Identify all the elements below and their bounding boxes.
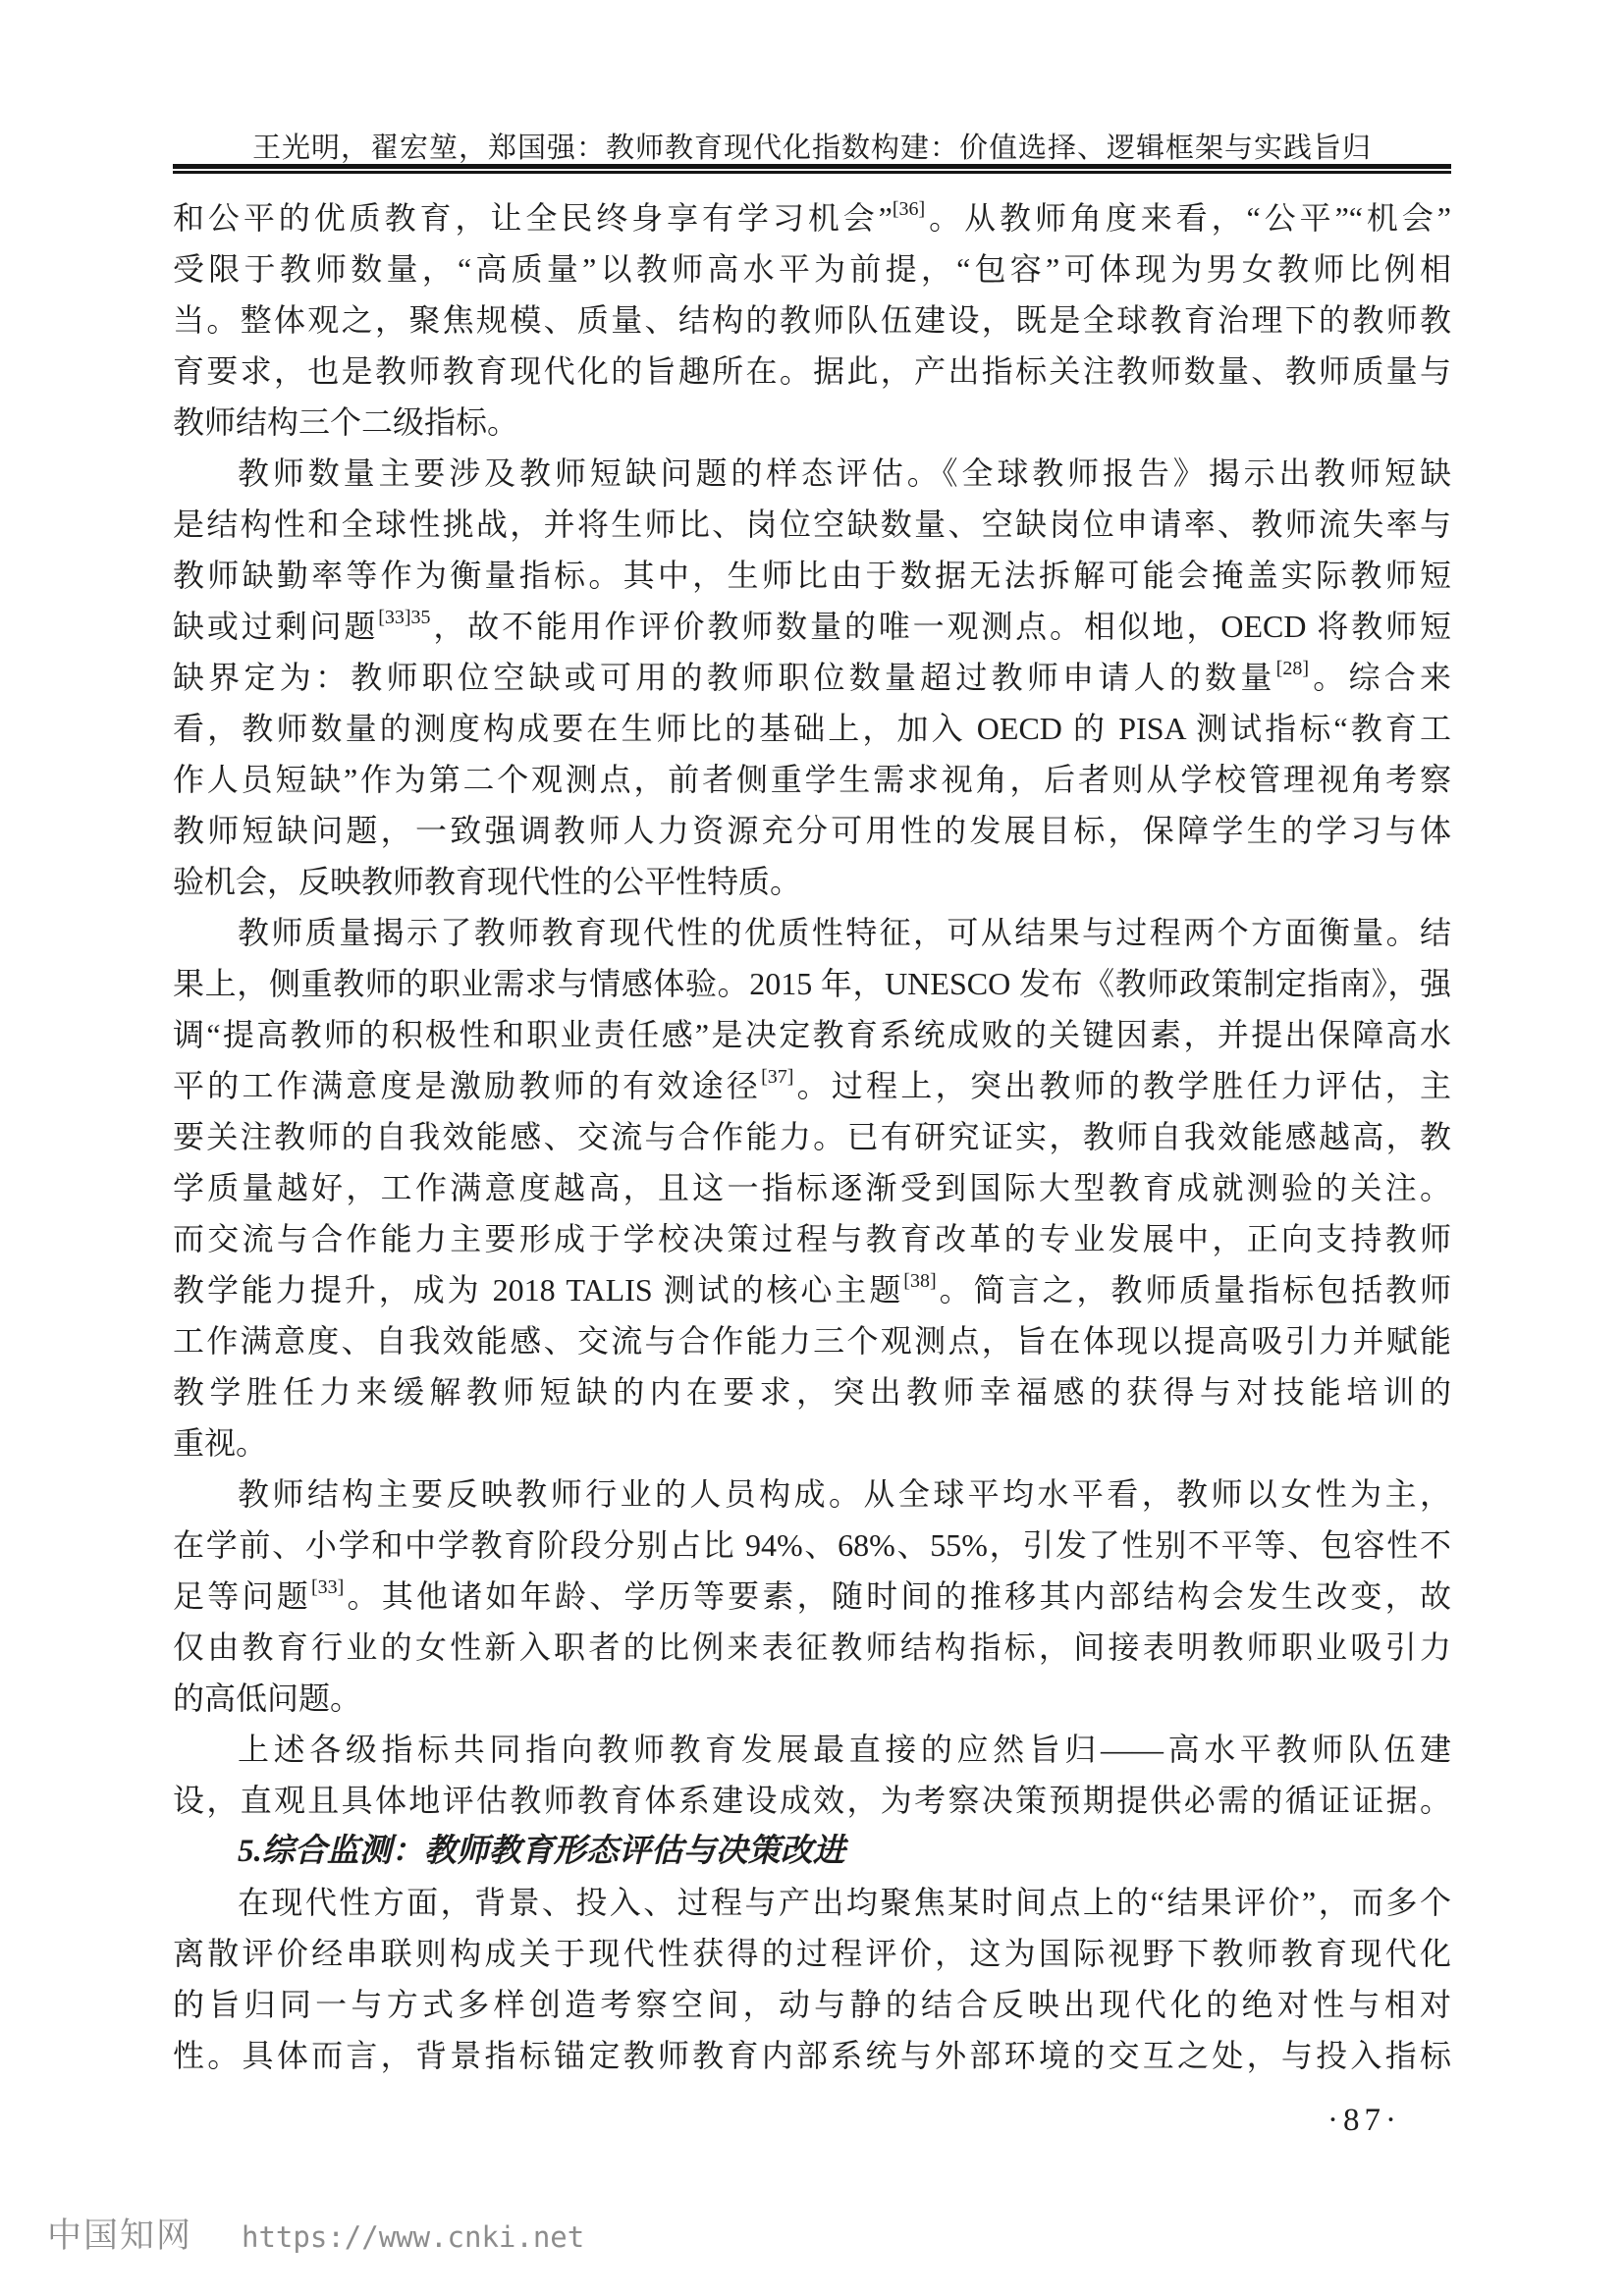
text-line: 教师数量主要涉及教师短缺问题的样态评估。《全球教师报告》揭示出教师短缺 <box>173 448 1451 499</box>
text-line: 5.综合监测：教师教育形态评估与决策改进 <box>173 1826 1451 1877</box>
paragraph: 在现代性方面，背景、投入、过程与产出均聚焦某时间点上的“结果评价”，而多个离散评… <box>173 1877 1451 2081</box>
running-header-title: 王光明，翟宏堃，郑国强：教师教育现代化指数构建：价值选择、逻辑框架与实践旨归 <box>173 126 1451 166</box>
text-line: 教师结构三个二级指标。 <box>173 397 1451 448</box>
article-body: 和公平的优质教育，让全民终身享有学习机会”[36]。从教师角度来看，“公平”“机… <box>173 192 1451 2081</box>
section-heading: 5.综合监测：教师教育形态评估与决策改进 <box>173 1826 1451 1877</box>
paragraph: 教师数量主要涉及教师短缺问题的样态评估。《全球教师报告》揭示出教师短缺是结构性和… <box>173 448 1451 907</box>
watermark-site-name: 中国知网 <box>47 2209 192 2258</box>
text-line: 离散评价经串联则构成关于现代性获得的过程评价，这为国际视野下教师教育现代化 <box>173 1928 1451 1979</box>
text-line: 设，直观且具体地评估教师教育体系建设成效，为考察决策预期提供必需的循证证据。 <box>173 1775 1451 1826</box>
text-line: 教师缺勤率等作为衡量指标。其中，生师比由于数据无法拆解可能会掩盖实际教师短 <box>173 550 1451 601</box>
text-line: 教师结构主要反映教师行业的人员构成。从全球平均水平看，教师以女性为主， <box>173 1468 1451 1520</box>
citation-reference: [28] <box>1276 658 1309 679</box>
text-line: 要关注教师的自我效能感、交流与合作能力。已有研究证实，教师自我效能感越高，教 <box>173 1111 1451 1162</box>
watermark-site-url: https://www.cnki.net <box>242 2220 584 2254</box>
text-line: 育要求，也是教师教育现代化的旨趣所在。据此，产出指标关注教师数量、教师质量与 <box>173 346 1451 397</box>
text-line: 教学能力提升，成为 2018 TALIS 测试的核心主题[38]。简言之，教师质… <box>173 1264 1451 1315</box>
citation-reference: [33]35 <box>378 607 430 628</box>
text-line: 上述各级指标共同指向教师教育发展最直接的应然旨归——高水平教师队伍建 <box>173 1724 1451 1775</box>
text-line: 验机会，反映教师教育现代性的公平性特质。 <box>173 856 1451 907</box>
text-line: 平的工作满意度是激励教师的有效途径[37]。过程上，突出教师的教学胜任力评估，主 <box>173 1060 1451 1111</box>
cnki-watermark: 中国知网 https://www.cnki.net <box>47 2209 584 2258</box>
text-line: 工作满意度、自我效能感、交流与合作能力三个观测点，旨在体现以提高吸引力并赋能 <box>173 1315 1451 1366</box>
text-line: 仅由教育行业的女性新入职者的比例来表征教师结构指标，间接表明教师职业吸引力 <box>173 1622 1451 1673</box>
text-line: 和公平的优质教育，让全民终身享有学习机会”[36]。从教师角度来看，“公平”“机… <box>173 192 1451 243</box>
text-line: 性。具体而言，背景指标锚定教师教育内部系统与外部环境的交互之处，与投入指标 <box>173 2030 1451 2081</box>
text-line: 调“提高教师的积极性和职业责任感”是决定教育系统成败的关键因素，并提出保障高水 <box>173 1009 1451 1060</box>
citation-reference: [38] <box>903 1270 936 1292</box>
header-rule <box>173 164 1451 174</box>
text-line: 缺界定为：教师职位空缺或可用的教师职位数量超过教师申请人的数量[28]。综合来 <box>173 652 1451 703</box>
text-line: 看，教师数量的测度构成要在生师比的基础上，加入 OECD 的 PISA 测试指标… <box>173 703 1451 754</box>
text-line: 重视。 <box>173 1417 1451 1468</box>
paragraph: 教师质量揭示了教师教育现代性的优质性特征，可从结果与过程两个方面衡量。结果上，侧… <box>173 907 1451 1468</box>
text-line: 的高低问题。 <box>173 1673 1451 1724</box>
text-line: 缺或过剩问题[33]35，故不能用作评价教师数量的唯一观测点。相似地，OECD … <box>173 601 1451 652</box>
text-line: 受限于教师数量，“高质量”以教师高水平为前提，“包容”可体现为男女教师比例相 <box>173 243 1451 294</box>
citation-reference: [36] <box>893 198 925 220</box>
citation-reference: [33] <box>311 1576 344 1598</box>
page-number: ·87· <box>1327 2103 1401 2139</box>
text-line: 而交流与合作能力主要形成于学校决策过程与教育改革的专业发展中，正向支持教师 <box>173 1213 1451 1264</box>
text-line: 作人员短缺”作为第二个观测点，前者侧重学生需求视角，后者则从学校管理视角考察 <box>173 754 1451 805</box>
text-line: 在现代性方面，背景、投入、过程与产出均聚焦某时间点上的“结果评价”，而多个 <box>173 1877 1451 1928</box>
paragraph: 上述各级指标共同指向教师教育发展最直接的应然旨归——高水平教师队伍建设，直观且具… <box>173 1724 1451 1826</box>
text-line: 是结构性和全球性挑战，并将生师比、岗位空缺数量、空缺岗位申请率、教师流失率与 <box>173 499 1451 550</box>
text-line: 的旨归同一与方式多样创造考察空间，动与静的结合反映出现代化的绝对性与相对 <box>173 1979 1451 2030</box>
text-line: 果上，侧重教师的职业需求与情感体验。2015 年，UNESCO 发布《教师政策制… <box>173 958 1451 1009</box>
text-line: 教学胜任力来缓解教师短缺的内在要求，突出教师幸福感的获得与对技能培训的 <box>173 1366 1451 1417</box>
text-line: 教师短缺问题，一致强调教师人力资源充分可用性的发展目标，保障学生的学习与体 <box>173 805 1451 856</box>
text-line: 足等问题[33]。其他诸如年龄、学历等要素，随时间的推移其内部结构会发生改变，故 <box>173 1571 1451 1622</box>
paragraph: 教师结构主要反映教师行业的人员构成。从全球平均水平看，教师以女性为主，在学前、小… <box>173 1468 1451 1724</box>
journal-page-scan: 王光明，翟宏堃，郑国强：教师教育现代化指数构建：价值选择、逻辑框架与实践旨归 和… <box>0 0 1624 2296</box>
paragraph: 和公平的优质教育，让全民终身享有学习机会”[36]。从教师角度来看，“公平”“机… <box>173 192 1451 448</box>
text-line: 教师质量揭示了教师教育现代性的优质性特征，可从结果与过程两个方面衡量。结 <box>173 907 1451 958</box>
text-line: 在学前、小学和中学教育阶段分别占比 94%、68%、55%，引发了性别不平等、包… <box>173 1520 1451 1571</box>
text-line: 当。整体观之，聚焦规模、质量、结构的教师队伍建设，既是全球教育治理下的教师教 <box>173 294 1451 346</box>
text-line: 学质量越好，工作满意度越高，且这一指标逐渐受到国际大型教育成就测验的关注。 <box>173 1162 1451 1213</box>
citation-reference: [37] <box>761 1066 793 1088</box>
